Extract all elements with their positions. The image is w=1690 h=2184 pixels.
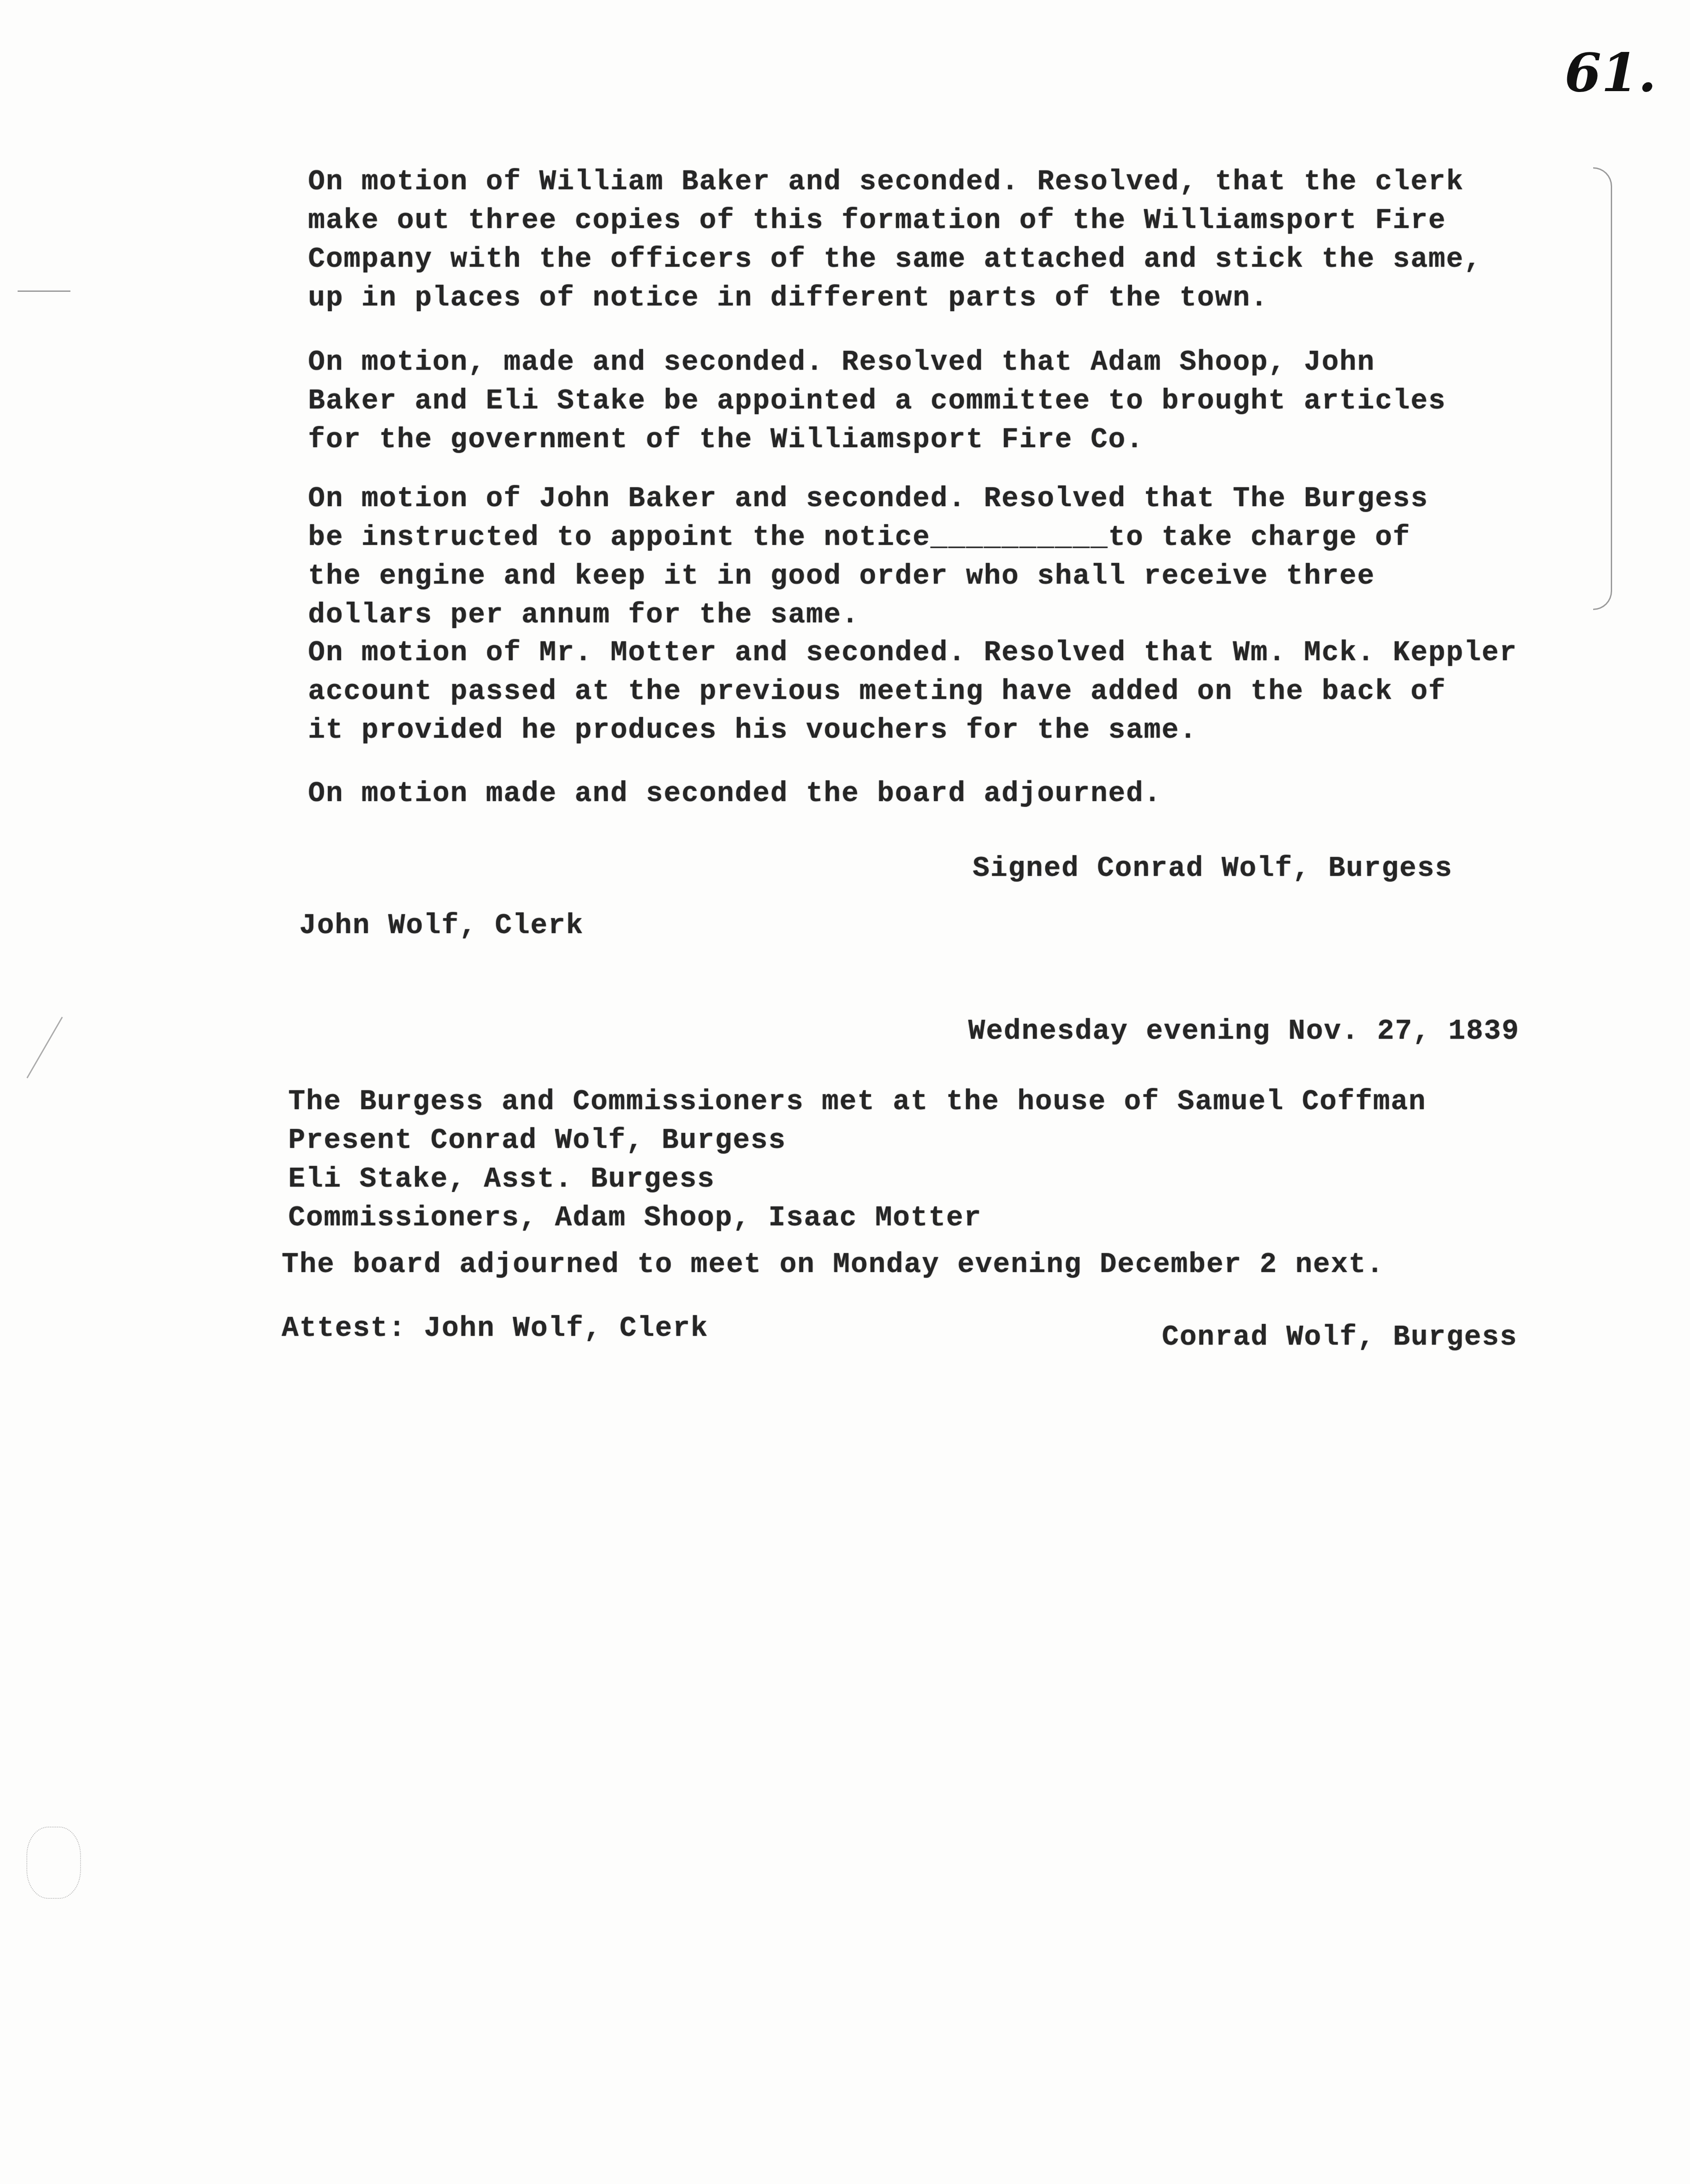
signature-burgess-2: Conrad Wolf, Burgess: [1162, 1318, 1517, 1357]
meeting-minutes: The Burgess and Commissioners met at the…: [288, 1083, 1609, 1238]
paragraph-2: On motion, made and seconded. Resolved t…: [308, 343, 1628, 460]
meeting-date: Wednesday evening Nov. 27, 1839: [968, 1012, 1520, 1051]
attest-line: Attest: John Wolf, Clerk: [282, 1309, 709, 1348]
paragraph-5: On motion made and seconded the board ad…: [308, 775, 1628, 813]
document-page: 61. On motion of William Baker and secon…: [0, 0, 1690, 2184]
paragraph-3: On motion of John Baker and seconded. Re…: [308, 480, 1628, 635]
paragraph-4: On motion of Mr. Motter and seconded. Re…: [308, 634, 1628, 750]
margin-mark: [26, 1017, 63, 1078]
margin-mark: [26, 1827, 81, 1899]
margin-mark: [18, 290, 70, 292]
signature-burgess: Signed Conrad Wolf, Burgess: [973, 849, 1453, 888]
signature-clerk: John Wolf, Clerk: [299, 907, 584, 945]
adjourn-note: The board adjourned to meet on Monday ev…: [282, 1246, 1602, 1284]
page-number: 61.: [1565, 42, 1657, 104]
paragraph-1: On motion of William Baker and seconded.…: [308, 163, 1628, 318]
